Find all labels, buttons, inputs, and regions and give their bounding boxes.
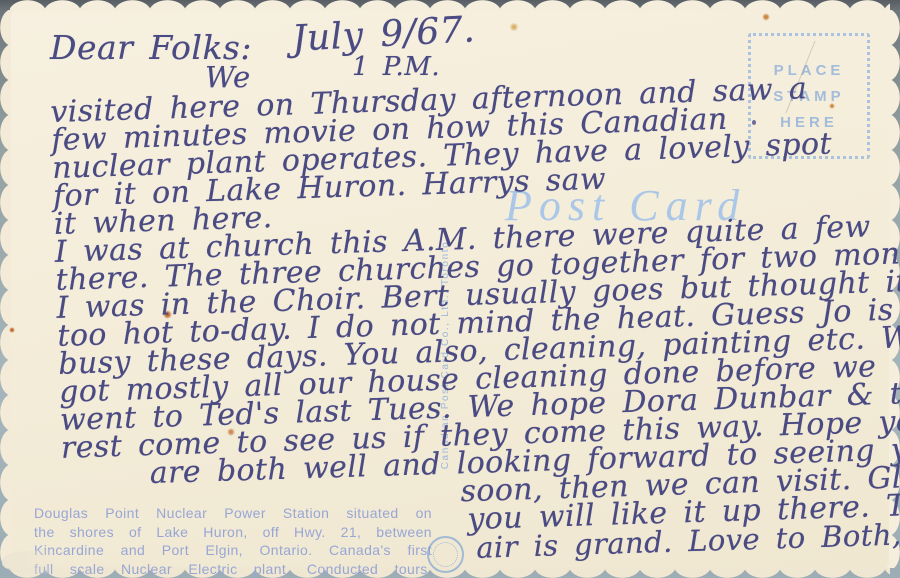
stain-spot	[509, 23, 519, 31]
stain-spot	[9, 327, 15, 333]
handwritten-message: visited here on Thursday afternoon and s…	[50, 73, 900, 575]
time: 1 P.M.	[352, 52, 440, 82]
stain-spot	[762, 13, 770, 21]
postcard-scan: PLACE STAMP HERE Post Card Canadian Post…	[0, 0, 900, 578]
